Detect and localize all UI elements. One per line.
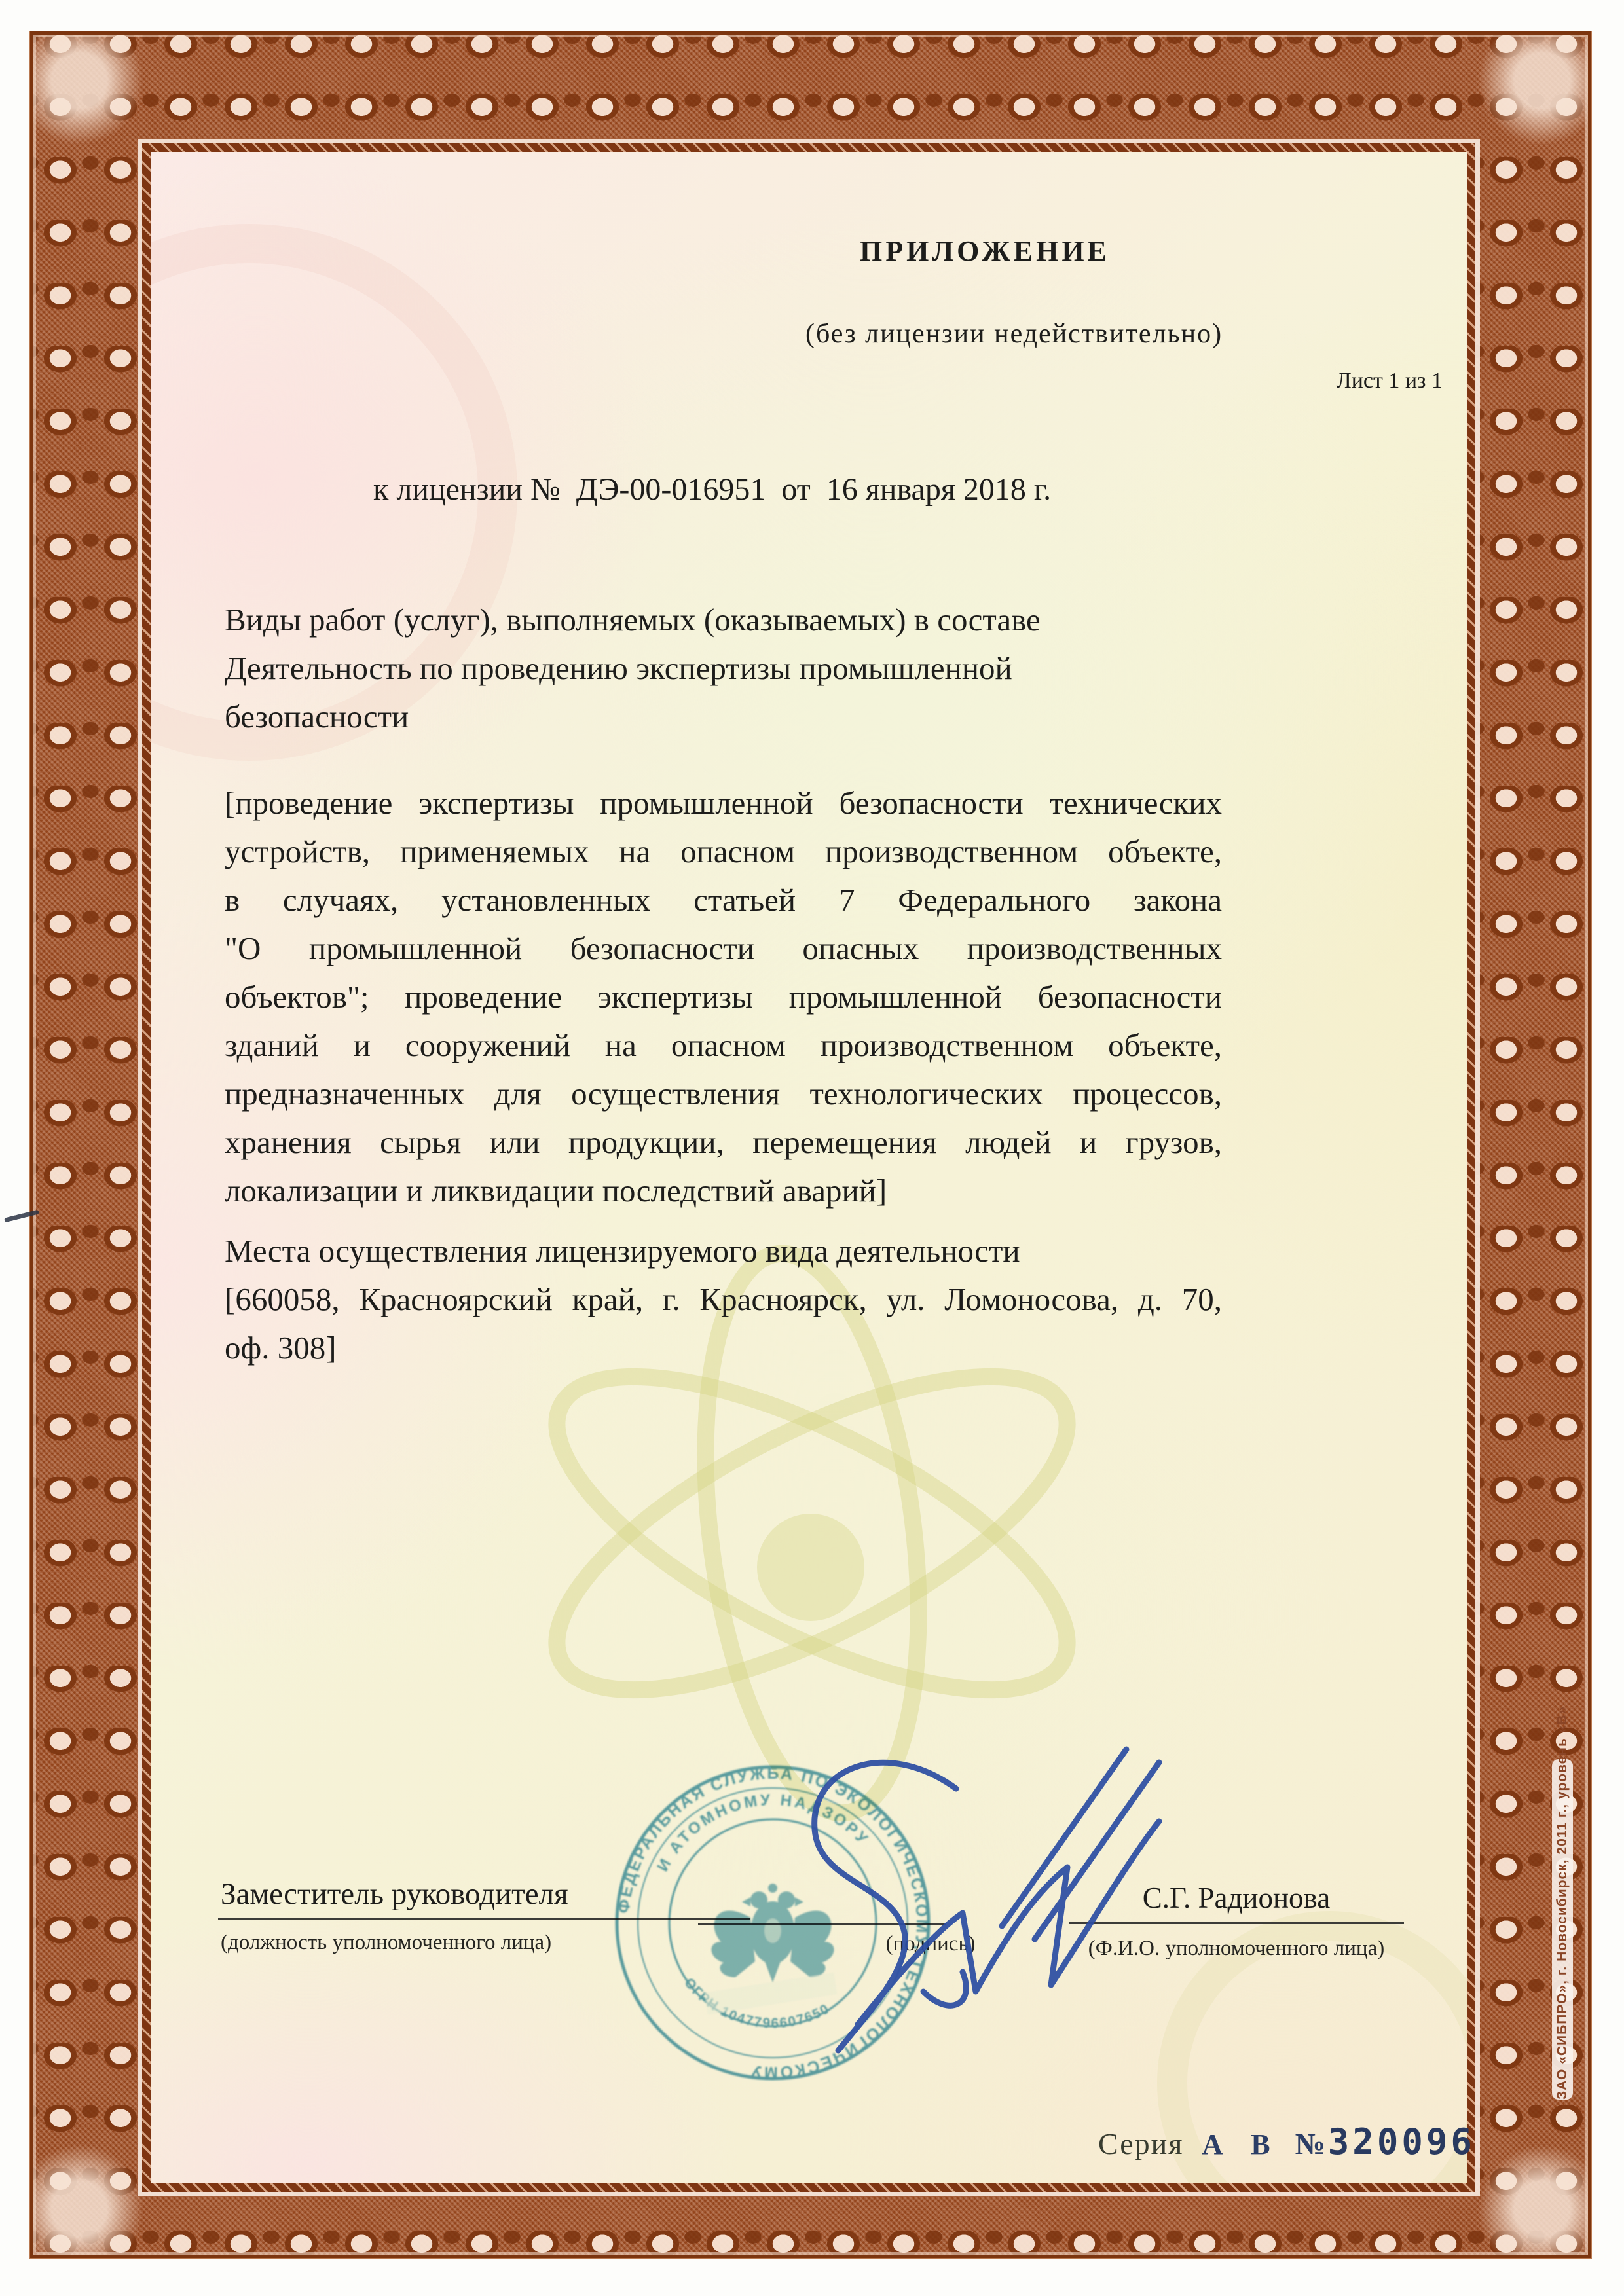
double-headed-eagle-icon [711, 1884, 834, 1982]
text-line: "О промышленной безопасности опасных про… [225, 924, 1222, 973]
text-line: предназначенных для осуществления технол… [225, 1070, 1222, 1118]
license-reference: к лицензии № ДЭ-00-016951 от 16 января 2… [373, 471, 1051, 507]
series-letters: А В [1202, 2128, 1280, 2161]
text-line: устройств, применяемых на опасном произв… [225, 828, 1222, 876]
printer-imprint: ЗАО «СИБПРО», г. Новосибирск, 2011 г., у… [1552, 1759, 1573, 2100]
position-caption: (должность уполномоченного лица) [221, 1931, 551, 1955]
serial-number: 320096 [1328, 2121, 1475, 2162]
official-seal-stamp-icon: ФЕДЕРАЛЬНАЯ СЛУЖБА ПО ЭКОЛОГИЧЕСКОМУ, ТЕ… [614, 1764, 932, 2082]
certificate-field: ПРИЛОЖЕНИЕ (без лицензии недействительно… [142, 143, 1475, 2192]
text-line: [проведение экспертизы промышленной безо… [225, 779, 1222, 828]
text-line: в случаях, установленных статьей 7 Федер… [225, 876, 1222, 924]
series-label: Серия [1098, 2126, 1183, 2161]
series-number-row: Серия А В № 320096 [1098, 2121, 1475, 2162]
validity-note: (без лицензии недействительно) [805, 318, 1223, 350]
signer-name: С.Г. Радионова [1069, 1881, 1404, 1915]
certificate-page: ПРИЛОЖЕНИЕ (без лицензии недействительно… [0, 0, 1624, 2296]
text-line: хранения сырья или продукции, перемещени… [225, 1118, 1222, 1167]
text-line: зданий и сооружений на опасном производс… [225, 1021, 1222, 1070]
places-paragraph: Места осуществления лицензируемого вида … [225, 1227, 1222, 1372]
name-underline [1069, 1922, 1404, 1924]
text-line: объектов"; проведение экспертизы промышл… [225, 973, 1222, 1021]
text-line: [660058, Красноярский край, г. Красноярс… [225, 1275, 1222, 1324]
text-line: безопасности [225, 693, 1222, 741]
name-caption: (Ф.И.О. уполномоченного лица) [1069, 1937, 1404, 1961]
number-sign: № [1295, 2126, 1325, 2161]
signer-position: Заместитель руководителя [221, 1876, 568, 1912]
text-line: Виды работ (услуг), выполняемых (оказыва… [225, 596, 1222, 644]
sheet-counter: Лист 1 из 1 [1337, 369, 1443, 393]
text-line: Места осуществления лицензируемого вида … [225, 1227, 1222, 1275]
page-title: ПРИЛОЖЕНИЕ [860, 234, 1110, 268]
text-line: локализации и ликвидации последствий ава… [225, 1167, 1222, 1215]
text-line: оф. 308] [225, 1324, 1222, 1372]
work-types-paragraph: Виды работ (услуг), выполняемых (оказыва… [225, 596, 1222, 741]
text-line: Деятельность по проведению экспертизы пр… [225, 644, 1222, 693]
license-scope-paragraph: [проведение экспертизы промышленной безо… [225, 779, 1222, 1215]
